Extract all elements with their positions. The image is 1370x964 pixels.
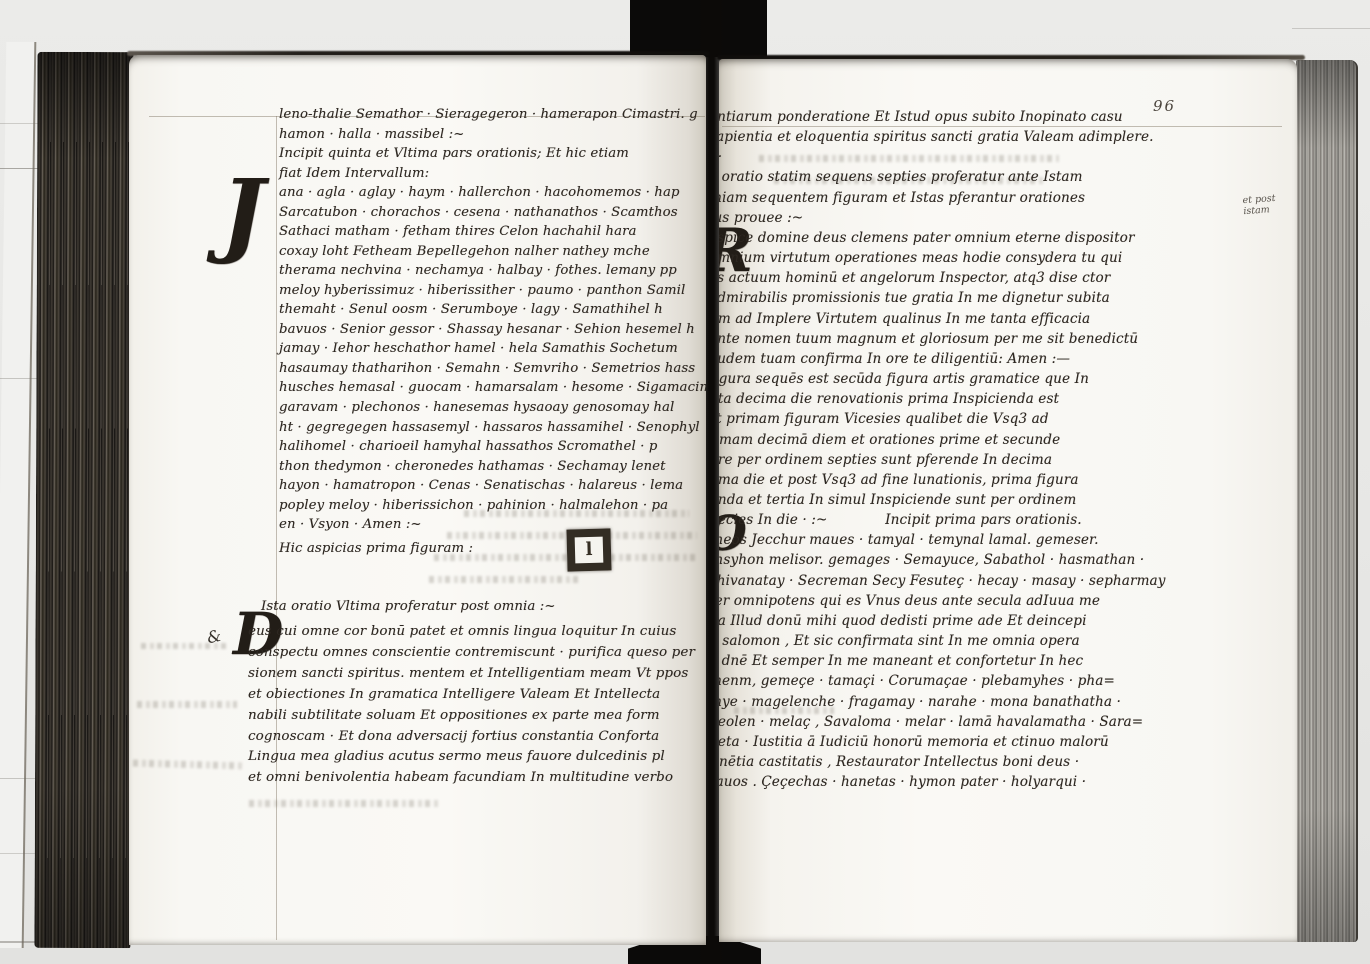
text-line: hasaumay thatharihon · Semahn · Semvriho… [279,359,706,379]
show-through [133,760,245,770]
marginal-note: et post istam [1242,194,1276,217]
book-cover-edge [0,42,36,948]
paraph-mark-icon: & [205,626,223,648]
text-line: rauos . Çeçechas · hanetas · hymon pater… [719,772,1166,792]
text-line: es actuum hominū et angelorum Inspector,… [719,268,1166,288]
text-line: menm, gemeçe · tamaçi · Corumaçae · pleb… [719,671,1166,691]
ruling-line-vertical [276,116,277,940]
text-line: halihomel · charioeil hamyhal hassathos … [279,437,706,457]
figure-box: l [566,528,611,571]
text-line: ht · gegregegen hassasemyl · hassaros ha… [279,418,706,438]
rubric-heading: Ista oratio Vltima proferatur post omnia… [261,597,556,617]
show-through [137,701,237,708]
figure-glyph: l [585,541,592,559]
text-line: tinētia castitatis , Restaurator Intelle… [719,752,1166,772]
text-line: ius prouee :~ [719,208,1166,228]
text-line: miam sequentem figuram et Istas pferantu… [719,188,1166,208]
text-line: Lingua mea gladius acutus sermo meus fau… [248,747,695,768]
text-line: a oratio statim sequens septies proferat… [719,167,1166,187]
text-line: a dnē Et semper In me maneant et confort… [719,651,1166,671]
text-line: sapientia et eloquentia spiritus sancti … [719,127,1166,147]
text-line: lima die et post Vsq3 ad fine lunationis… [719,470,1166,490]
text-line: themaht · Senul oosm · Serumboye · lagy … [279,300,706,320]
text-line: cognoscam · Et dona adversacij fortius c… [248,727,695,748]
figure-caption: Hic aspicias prima figuram : [279,539,473,559]
text-line: heolen · melaç , Savaloma · melar · lamā… [719,712,1166,732]
text-line: figura sequēs est secūda figura artis gr… [719,369,1166,389]
text-line: chivanatay · Secreman Secy Fesuteç · hec… [719,571,1166,591]
text-line: hayon · hamatropon · Cenas · Senatischas… [279,476,706,496]
text-line: theos Jecchur maues · tamyal · temynal l… [719,530,1166,550]
text-line: omnium virtutum operationes meas hodie c… [719,248,1166,268]
text-line: leno-thalie Semathor · Sieragegeron · ha… [279,105,698,125]
manuscript-photo: leno-thalie Semathor · Sieragegeron · ha… [0,0,1370,964]
text-line: entiarum ponderatione Et Istud opus subi… [719,107,1166,127]
left-page: leno-thalie Semathor · Sieragegeron · ha… [129,55,706,945]
text-line: Sathaci matham · fetham thires Celon hac… [279,222,706,242]
text-line: meloy hyberissimuz · hiberissither · pau… [279,281,706,301]
right-page: 96 et post istam R O entiarum ponderatio… [719,59,1297,942]
text-line: nabili subtilitate soluam Et oppositione… [248,706,695,727]
text-line: et obiectiones In gramatica Intelligere … [248,685,695,706]
text-line: da Illud donū mihi quod dedisti prime ad… [719,611,1166,631]
text-line: admirabilis promissionis tue gratia In m… [719,288,1166,308]
text-line: thsyhon melisor. gemages · Semayuce, Sab… [719,550,1166,570]
text-line: unda et tertia In simul Inspiciende sunt… [719,490,1166,510]
text-line: sionem sancti spiritus. mentem et Intell… [248,664,695,685]
text-line: ter omnipotens qui es Vnus deus ante sec… [719,591,1166,611]
text-line: audem tuam confirma In ore te diligentiū… [719,349,1166,369]
text-line: n salomon , Et sic confirmata sint In me… [719,631,1166,651]
text-line: um ad Implere Virtutem qualinus In me ta… [719,309,1166,329]
background-crease-line [0,378,40,379]
text-line: husches hemasal · guocam · hamarsalam · … [279,378,706,398]
background-crease-line [1292,28,1370,29]
text-line: garavam · plechonos · hanesemas hysaoay … [279,398,706,418]
background-crease-line [0,853,36,854]
show-through [249,800,439,807]
text-line: ana · agla · aglay · haym · hallerchon ·… [279,183,706,203]
text-line: heta · Iustitia ā Iudiciū honorū memoria… [719,732,1166,752]
text-line: st primam figuram Vicesies qualibet die … [719,409,1166,429]
page-edges-right [1296,60,1358,942]
text-line: timam decimā diem et orationes prime et … [719,430,1166,450]
text-line: fiat Idem Intervallum: [279,164,698,184]
background-crease-line [0,778,36,779]
text-line: bavuos · Senior gessor · Shassay hesanar… [279,320,706,340]
text-line: decies In die · :~ Incipit prima pars or… [719,510,1166,530]
text-line: coxay loht Fetheam Bepellegehon nalher n… [279,242,706,262]
text-line: ante nomen tuum magnum et gloriosum per … [719,329,1166,349]
text-line: ij· [719,147,1166,167]
text-line: hamon · halla · massibel :~ [279,125,698,145]
text-line: Sarcatubon · chorachos · cesena · nathan… [279,203,706,223]
show-through [429,576,579,583]
text-line: mye · magelenche · fragamay · narahe · m… [719,692,1166,712]
drop-cap-j: J [221,177,265,251]
text-line: en · Vsyon · Amen :~ [279,515,706,535]
text-line: conspectu omnes conscientie contremiscun… [248,643,695,664]
page-edges-left [34,52,133,948]
text-line: eus cui omne cor bonū patet et omnis lin… [248,622,695,643]
text-line: thon thedymon · cheronedes hathamas · Se… [279,457,706,477]
text-line: ure per ordinem septies sunt pferende In… [719,450,1166,470]
text-line: Incipit quinta et Vltima pars orationis;… [279,144,698,164]
marginal-note-line: istam [1243,204,1277,217]
text-line: therama nechvina · nechamya · halbay · f… [279,261,706,281]
text-line: et omni benivolentia habeam facundiam In… [248,768,695,789]
text-line: espice domine deus clemens pater omnium … [719,228,1166,248]
text-line: popley meloy · hiberissichon · pahinion … [279,496,706,516]
text-line: jamay · Iehor heschathor hamel · hela Sa… [279,339,706,359]
text-line: nta decima die renovationis prima Inspic… [719,389,1166,409]
